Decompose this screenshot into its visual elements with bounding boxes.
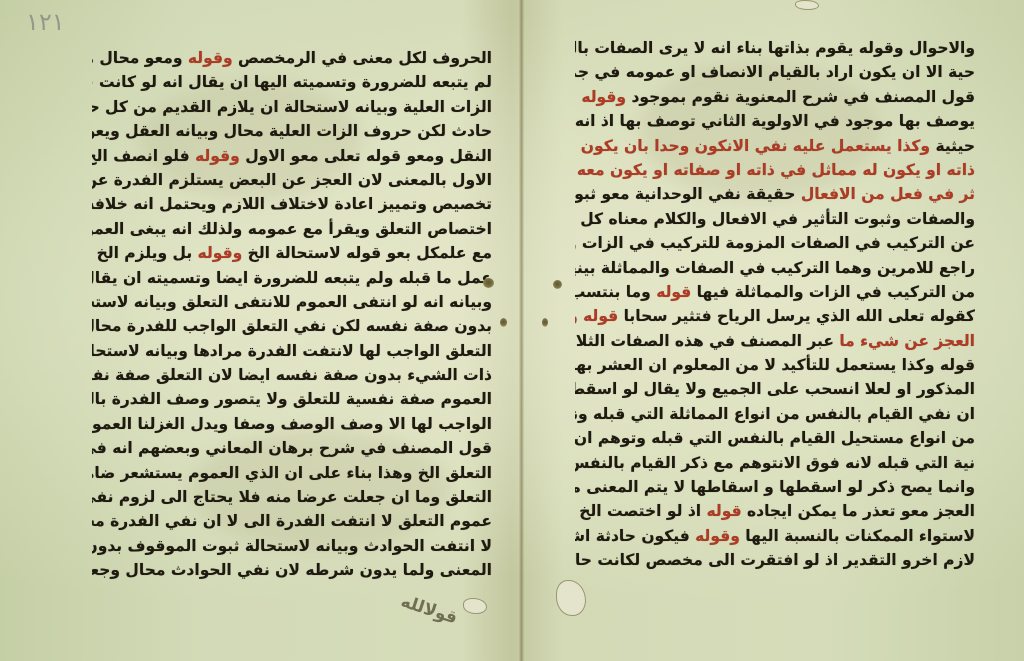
manuscript-line: لازم اخرو التقدير اذ لو افتقرت الى مخصص … (575, 548, 975, 572)
manuscript-line: قول المصنف في شرح برهان المعاني وبعضهم ا… (92, 436, 492, 460)
body-text: لاستواء الممكنات بالنسبة اليها (740, 527, 975, 545)
manuscript-line: حية الا ان يكون اراد بالقيام الانصاف او … (575, 60, 975, 84)
manuscript-line: وبيانه انه لو انتفى العموم للانتفى التعل… (92, 290, 492, 314)
body-text: الزات العلية وبيانه لاستحالة ان يلازم ال… (92, 98, 492, 116)
body-text: قوله وكذا يستعمل للتأكيد لا من المعلوم ا… (575, 356, 975, 374)
body-text: المذكور او لعلا انسحب على الجميع ولا يقا… (575, 380, 975, 398)
body-text: العموم صفة نفسية للتعلق ولا يتصور وصف ال… (92, 390, 492, 408)
body-text: قول المصنف في شرح برهان المعاني وبعضهم ا… (92, 439, 492, 457)
body-text: تخصيص وتمييز اعادة لاختلاف اللازم ويحتمل… (92, 195, 492, 213)
rubric-text: وقوله (188, 49, 233, 67)
manuscript-line: قول المصنف في شرح المعنوية نقوم بموجود و… (575, 85, 975, 109)
body-text: وانما يصح ذكر لو اسقطها و اسقاطها لا يتم… (575, 478, 975, 496)
body-text: عن التركيب في الصفات المزومة للتركيب في … (575, 234, 975, 252)
body-text: بدون صفة نفسه لكن نفي التعلق الواجب للفد… (92, 317, 492, 335)
binding-hole (553, 280, 562, 289)
manuscript-line: المذكور او لعلا انسحب على الجميع ولا يقا… (575, 377, 975, 401)
body-text: لا انتفت الحوادث وبيانه لاستحالة ثبوت ال… (92, 537, 492, 555)
paper-tear (463, 598, 487, 614)
manuscript-line: العجز معو تعذر ما يمكن ايجاده قوله اذ لو… (575, 499, 975, 523)
manuscript-line: الواجب لها الا وصف الوصف وصفا ويدل الغزل… (92, 412, 492, 436)
right-page-text-block: والاحوال وقوله يقوم بذاتها بناء انه لا ي… (575, 36, 975, 573)
body-text: لم يتبعه للضرورة وتسميته اليها ان يقال ا… (92, 73, 492, 91)
manuscript-line: التعلق الخ وهذا بناء على ان الذي العموم … (92, 461, 492, 485)
left-page-catchword: قولالله (398, 592, 459, 629)
body-text: التعلق الواجب لها لانتفت الفدرة مرادها و… (92, 342, 492, 360)
body-text: النقل ومعو قوله تعلى معو الاول (240, 147, 492, 165)
body-text: ذات الشيء بدون صفة نفسه ايضا لان التعلق … (92, 366, 492, 384)
paper-tear (795, 0, 819, 10)
manuscript-line: ان نفي القيام بالنفس من انواع المماثلة ا… (575, 402, 975, 426)
binding-hole (500, 318, 507, 327)
body-text: فلو انصف الخ يحتمل انه عبر الموضوع (92, 147, 195, 165)
manuscript-line: عمل ما قبله ولم يتبعه للضرورة ايضا وتسمي… (92, 266, 492, 290)
manuscript-line: التعلق الواجب لها لانتفت الفدرة مرادها و… (92, 339, 492, 363)
rubric-text: قوله (656, 283, 691, 301)
body-text: لازم اخرو التقدير اذ لو افتقرت الى مخصص … (575, 551, 975, 569)
body-text: والاحوال وقوله يقوم بذاتها بناء انه لا ي… (575, 39, 975, 57)
body-text: مع علمكل بعو قوله لاستحالة الخ (242, 244, 492, 262)
rubric-text: قوله وكذا يستعمل عليه نفي (575, 307, 618, 325)
body-text: وما بنتسب منها الخ معو (575, 283, 656, 301)
manuscript-line: ثر في فعل من الافعال حقيقة نفي الوحدانية… (575, 182, 975, 206)
manuscript-line: العموم صفة نفسية للتعلق ولا يتصور وصف ال… (92, 387, 492, 411)
manuscript-line: وانما يصح ذكر لو اسقطها و اسقاطها لا يتم… (575, 475, 975, 499)
manuscript-line: يوصف بها موجود في الاولوية الثاني توصف ب… (575, 109, 975, 133)
body-text: الحروف لكل معنى في الرمخصص (233, 49, 492, 67)
manuscript-line: حيثية وكذا يستعمل عليه نفي الانكون وحدا … (575, 134, 975, 158)
body-text: من التركيب في الزات والمماثلة فيها (691, 283, 975, 301)
manuscript-line: العجز عن شيء ما عبر المصنف في هذه الصفات… (575, 329, 975, 353)
body-text: يوصف بها موجود في الاولوية الثاني توصف ب… (575, 112, 975, 130)
body-text: كقوله تعلى الله الذي يرسل الرياح فتثير س… (618, 307, 975, 325)
folio-number: ١٢١ (26, 8, 65, 36)
rubric-text: وقوله (581, 88, 626, 106)
body-text: اختصاص التعلق ويقرأ مع عمومه ولذلك انه ي… (92, 220, 492, 238)
manuscript-line: من التركيب في الزات والمماثلة فيها قوله … (575, 280, 975, 304)
body-text: حادث لكن حروف الزات العلية محال وبيانه ا… (92, 122, 492, 140)
manuscript-line: من انواع مستحيل القيام بالنفس التي قبله … (575, 426, 975, 450)
body-text: الواجب لها الا وصف الوصف وصفا ويدل الغزل… (92, 415, 492, 433)
manuscript-line: النقل ومعو قوله تعلى معو الاول وقوله فلو… (92, 144, 492, 168)
manuscript-line: عموم التعلق لا انتفت الفدرة الى لا ان نف… (92, 509, 492, 533)
manuscript-line: نية التي قبله لانه فوق الانتوهم مع ذكر ا… (575, 451, 975, 475)
binding-hole (542, 318, 548, 327)
body-text: عموم التعلق لا انتفت الفدرة الى لا ان نف… (92, 512, 492, 530)
rubric-text: وقوله (198, 244, 243, 262)
binding-hole (483, 278, 494, 288)
body-text: نية التي قبله لانه فوق الانتوهم مع ذكر ا… (575, 454, 975, 472)
rubric-text: وقوله (695, 527, 740, 545)
manuscript-line: قوله وكذا يستعمل للتأكيد لا من المعلوم ا… (575, 353, 975, 377)
rubric-text: العجز عن شيء ما (839, 332, 975, 350)
body-text: المعنى ولما يدون شرطه لان نفي الحوادث مح… (92, 561, 492, 579)
body-text: اذ لو اختصت الخ بيان الملازمة فيه (575, 502, 707, 520)
manuscript-line: المعنى ولما يدون شرطه لان نفي الحوادث مح… (92, 558, 492, 582)
manuscript-line: مع علمكل بعو قوله لاستحالة الخ وقوله بل … (92, 241, 492, 265)
body-text: التعلق وما ان جعلت عرضا منه فلا يحتاج ال… (92, 488, 492, 506)
manuscript-line: راجع للامرين وهما التركيب في الصفات والم… (575, 256, 975, 280)
manuscript-line: اختصاص التعلق ويقرأ مع عمومه ولذلك انه ي… (92, 217, 492, 241)
body-text: بل ويلزم الخ اشاره الى لازم من ثبت (92, 244, 198, 262)
body-text: عمل ما قبله ولم يتبعه للضرورة ايضا وتسمي… (92, 269, 492, 287)
manuscript-line: حادث لكن حروف الزات العلية محال وبيانه ا… (92, 119, 492, 143)
body-text: راجع للامرين وهما التركيب في الصفات والم… (575, 259, 975, 277)
body-text: ومعو محال معو بار الاستشا بنية ولكن (92, 49, 188, 67)
manuscript-line: لم يتبعه للضرورة وتسميته اليها ان يقال ا… (92, 70, 492, 94)
body-text: العجز معو تعذر ما يمكن ايجاده (742, 502, 975, 520)
body-text: حقيقة نفي الوحدانية معو ثبوت التعدد في ا… (575, 185, 801, 203)
manuscript-line: التعلق وما ان جعلت عرضا منه فلا يحتاج ال… (92, 485, 492, 509)
body-text: حيثية (930, 137, 975, 155)
body-text: عبر المصنف في هذه الصفات الثلاث بما ذكر … (575, 332, 839, 350)
manuscript-line: لاستواء الممكنات بالنسبة اليها وقوله فيك… (575, 524, 975, 548)
manuscript-line: عن التركيب في الصفات المزومة للتركيب في … (575, 231, 975, 255)
right-page: والاحوال وقوله يقوم بذاتها بناء انه لا ي… (523, 0, 1024, 661)
manuscript-line: الاول بالمعنى لان العجز عن البعض يستلزم … (92, 168, 492, 192)
rubric-text: ذاته او يكون له مماثل في ذاته او صفاته ا… (575, 161, 975, 179)
left-page-text-block: الحروف لكل معنى في الرمخصص وقوله ومعو مح… (92, 46, 492, 583)
manuscript-line: تخصيص وتمييز اعادة لاختلاف اللازم ويحتمل… (92, 192, 492, 216)
manuscript-line: لا انتفت الحوادث وبيانه لاستحالة ثبوت ال… (92, 534, 492, 558)
body-text: وبيانه انه لو انتفى العموم للانتفى التعل… (92, 293, 492, 311)
manuscript-spread: ١٢١ الحروف لكل معنى في الرمخصص وقوله ومع… (0, 0, 1024, 661)
rubric-text: قوله (707, 502, 742, 520)
body-text: التعلق الخ وهذا بناء على ان الذي العموم … (92, 464, 492, 482)
rubric-text: وقوله (195, 147, 240, 165)
rubric-text: وكذا يستعمل عليه نفي الانكون وحدا بان يك… (575, 137, 930, 155)
body-text: قول المصنف في شرح المعنوية نقوم بموجود (626, 88, 975, 106)
manuscript-line: ذاته او يكون له مماثل في ذاته او صفاته ا… (575, 158, 975, 182)
manuscript-line: ذات الشيء بدون صفة نفسه ايضا لان التعلق … (92, 363, 492, 387)
left-page: ١٢١ الحروف لكل معنى في الرمخصص وقوله ومع… (0, 0, 521, 661)
body-text: من انواع مستحيل القيام بالنفس التي قبله … (575, 429, 975, 447)
manuscript-line: بدون صفة نفسه لكن نفي التعلق الواجب للفد… (92, 314, 492, 338)
manuscript-line: الحروف لكل معنى في الرمخصص وقوله ومعو مح… (92, 46, 492, 70)
manuscript-line: والصفات وثبوت التأثير في الافعال والكلام… (575, 207, 975, 231)
manuscript-line: والاحوال وقوله يقوم بذاتها بناء انه لا ي… (575, 36, 975, 60)
rubric-text: ثر في فعل من الافعال (801, 185, 975, 203)
body-text: والصفات وثبوت التأثير في الافعال والكلام… (575, 210, 975, 228)
body-text: الاول بالمعنى لان العجز عن البعض يستلزم … (92, 171, 492, 189)
body-text: ان نفي القيام بالنفس من انواع المماثلة ا… (575, 405, 975, 423)
manuscript-line: الزات العلية وبيانه لاستحالة ان يلازم ال… (92, 95, 492, 119)
manuscript-line: كقوله تعلى الله الذي يرسل الرياح فتثير س… (575, 304, 975, 328)
body-text: فيكون حادثة اشاره الى (575, 527, 695, 545)
body-text: حية الا ان يكون اراد بالقيام الانصاف او … (575, 63, 975, 81)
